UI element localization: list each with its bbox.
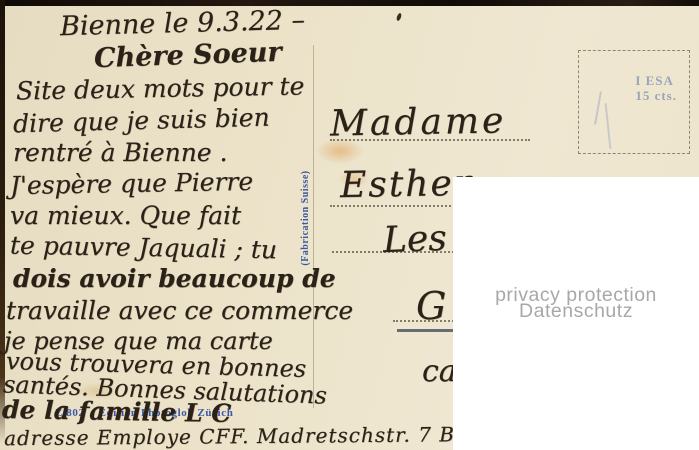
message-line: Site deux mots pour te bbox=[16, 71, 305, 105]
pencil-mark bbox=[594, 91, 602, 125]
message-line: dois avoir beaucoup de bbox=[13, 264, 336, 293]
address-line-madame: Madame bbox=[330, 100, 507, 144]
stamp-rate-line1: I ESA bbox=[635, 73, 677, 88]
fabrication-label: (Fabrication Suisse) bbox=[300, 168, 314, 268]
message-sender-address: adresse Employe CFF. Madretschstr. 7 Bie… bbox=[4, 422, 516, 450]
address-line-canton: ca bbox=[422, 354, 457, 389]
message-line: J'espère que Pierre bbox=[10, 167, 254, 200]
message-salutation: Chère Soeur bbox=[94, 37, 283, 75]
privacy-overlay-text: privacy protection Datenschutz bbox=[453, 287, 699, 319]
privacy-text-de: Datenschutz bbox=[453, 303, 699, 319]
message-line: va mieux. Que fait bbox=[10, 201, 241, 230]
message-signature: de la famille L C bbox=[2, 395, 232, 428]
stamp-box: I ESA 15 cts. bbox=[578, 50, 690, 154]
card-top-edge bbox=[0, 0, 699, 6]
ink-speck bbox=[396, 13, 402, 22]
postcard-back: (Fabrication Suisse) Z 802Edition Photog… bbox=[0, 0, 699, 450]
pencil-mark bbox=[605, 103, 612, 149]
privacy-overlay: privacy protection Datenschutz bbox=[453, 177, 699, 450]
address-line-town: G bbox=[416, 284, 446, 328]
message-line: dire que je suis bien bbox=[13, 103, 270, 139]
stamp-rate-line2: 15 cts. bbox=[635, 88, 677, 103]
message-line: travaille avec ce commerce bbox=[6, 296, 353, 325]
address-solid-rule bbox=[397, 329, 457, 332]
message-line: te pauvre Jaquali ; tu bbox=[10, 231, 277, 265]
address-line-street: Les bbox=[382, 218, 447, 261]
stamp-rate-text: I ESA 15 cts. bbox=[635, 73, 677, 103]
message-line: rentré à Bienne . bbox=[13, 138, 228, 167]
